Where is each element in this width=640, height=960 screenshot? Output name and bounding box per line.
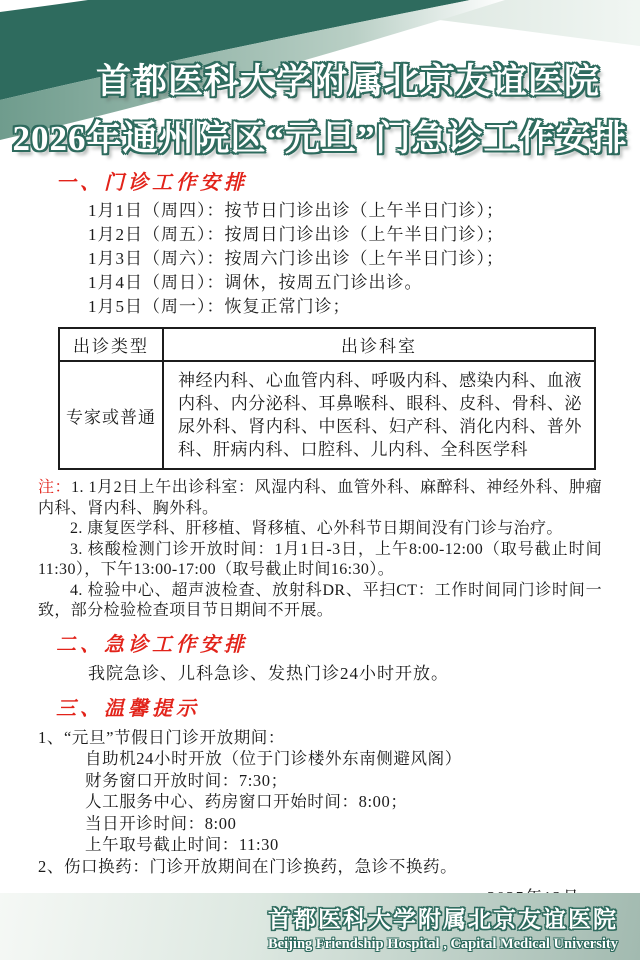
poster-header: 首都医科大学附属北京友谊医院 2026年通州院区“元旦”门急诊工作安排: [0, 0, 640, 160]
tip-item: 2、伤口换药：门诊开放期间在门诊换药，急诊不换药。: [38, 856, 602, 878]
notice-title: 2026年通州院区“元旦”门急诊工作安排: [0, 111, 640, 161]
table-cell-departments: 神经内科、心血管内科、呼吸内科、感染内科、血液内科、内分泌科、耳鼻喉科、眼科、皮…: [163, 361, 595, 469]
table-header-dept: 出诊科室: [163, 328, 595, 361]
table-cell-type: 专家或普通: [59, 361, 163, 469]
note-text: 1. 1月2日上午出诊科室：风湿内科、血管外科、麻醉科、神经外科、肿瘤内科、肾内…: [38, 479, 602, 517]
tips-list: 1、“元旦”节假日门诊开放期间： 自助机24小时开放（位于门诊楼外东南侧避风阁）…: [38, 727, 602, 878]
footer-hospital-name-en: Beijing Friendship Hospital , Capital Me…: [0, 936, 618, 953]
tip-item: 人工服务中心、药房窗口开始时间：8:00；: [85, 791, 602, 813]
note-item: 4. 检验中心、超声波检查、放射科DR、平扫CT：工作时间同门诊时间一致，部分检…: [38, 581, 602, 622]
header-titles: 首都医科大学附属北京友谊医院 2026年通州院区“元旦”门急诊工作安排: [0, 0, 640, 161]
schedule-item: 1月3日（周六）：按周六门诊出诊（上午半日门诊）；: [88, 247, 602, 271]
note-item: 2. 康复医学科、肝移植、肾移植、心外科节日期间没有门诊与治疗。: [38, 519, 602, 540]
note-label: 注：: [38, 479, 71, 496]
tip-item: 财务窗口开放时间：7:30；: [85, 770, 602, 792]
schedule-item: 1月2日（周五）：按周日门诊出诊（上午半日门诊）；: [88, 223, 602, 247]
hospital-title: 首都医科大学附属北京友谊医院: [28, 54, 640, 104]
section-3-heading: 三、温馨提示: [56, 696, 602, 722]
footer-hospital-name-cn: 首都医科大学附属北京友谊医院: [0, 901, 618, 934]
emergency-info: 我院急诊、儿科急诊、发热门诊24小时开放。: [88, 662, 602, 686]
note-item: 3. 核酸检测门诊开放时间：1月1日-3日，上午8:00-12:00（取号截止时…: [38, 540, 602, 581]
tip-item: 自助机24小时开放（位于门诊楼外东南侧避风阁）: [85, 748, 602, 770]
section-1-heading: 一、门诊工作安排: [56, 170, 602, 196]
table-header-type: 出诊类型: [59, 328, 163, 361]
clinic-table: 出诊类型 出诊科室 专家或普通 神经内科、心血管内科、呼吸内科、感染内科、血液内…: [58, 327, 596, 470]
poster-footer: 首都医科大学附属北京友谊医院 Beijing Friendship Hospit…: [0, 893, 640, 960]
table-row: 专家或普通 神经内科、心血管内科、呼吸内科、感染内科、血液内科、内分泌科、耳鼻喉…: [59, 361, 595, 469]
schedule-item: 1月5日（周一）：恢复正常门诊；: [88, 295, 602, 319]
tip-item: 上午取号截止时间：11:30: [85, 834, 602, 856]
schedule-item: 1月1日（周四）：按节日门诊出诊（上午半日门诊）；: [88, 199, 602, 223]
table-header-row: 出诊类型 出诊科室: [59, 328, 595, 361]
tip-item: 当日开诊时间：8:00: [85, 813, 602, 835]
schedule-item: 1月4日（周日）：调休，按周五门诊出诊。: [88, 271, 602, 295]
notes-block: 注：1. 1月2日上午出诊科室：风湿内科、血管外科、麻醉科、神经外科、肿瘤内科、…: [38, 478, 602, 622]
notice-poster: 首都医科大学附属北京友谊医院 2026年通州院区“元旦”门急诊工作安排 一、门诊…: [0, 0, 640, 960]
tip-item: 1、“元旦”节假日门诊开放期间：: [38, 727, 602, 749]
schedule-list: 1月1日（周四）：按节日门诊出诊（上午半日门诊）； 1月2日（周五）：按周日门诊…: [88, 199, 602, 319]
note-item: 注：1. 1月2日上午出诊科室：风湿内科、血管外科、麻醉科、神经外科、肿瘤内科、…: [38, 478, 602, 519]
notice-body: 一、门诊工作安排 1月1日（周四）：按节日门诊出诊（上午半日门诊）； 1月2日（…: [0, 170, 640, 908]
section-2-heading: 二、急诊工作安排: [56, 632, 602, 658]
